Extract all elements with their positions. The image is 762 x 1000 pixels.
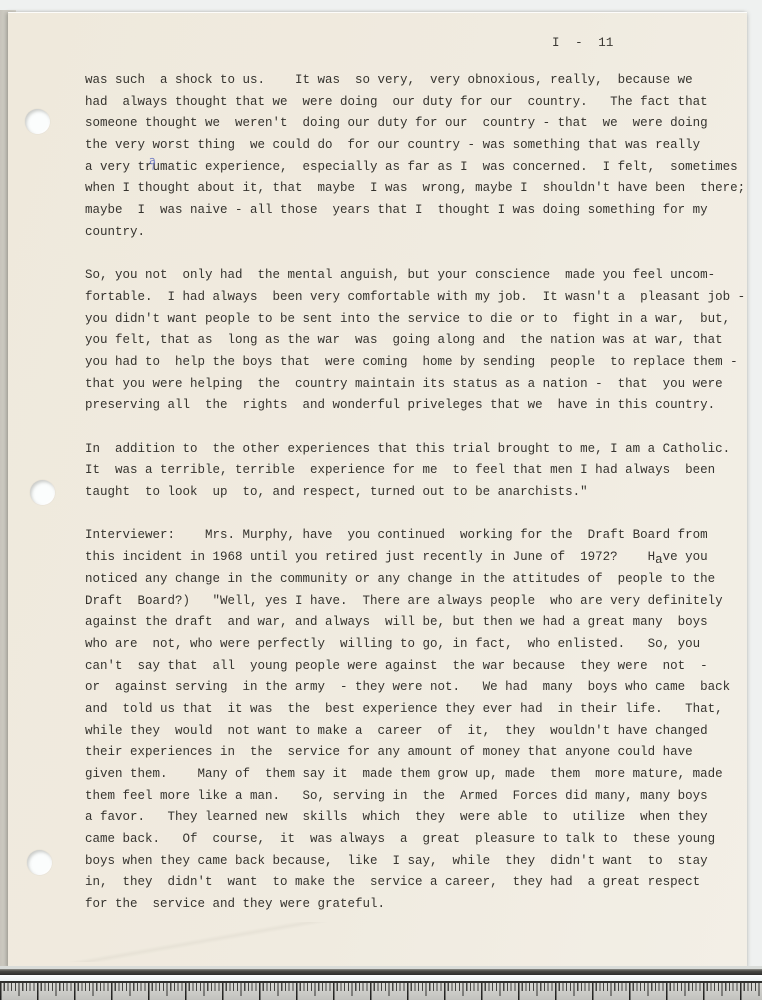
dropped-char: a <box>655 553 663 567</box>
measuring-ruler <box>0 966 762 1000</box>
text-line: them feel more like a man. So, serving i… <box>85 786 745 808</box>
text-line: a favor. They learned new skills which t… <box>85 807 745 829</box>
text-line: that you were helping the country mainta… <box>85 374 745 396</box>
text-line: had always thought that we were doing ou… <box>85 92 745 114</box>
text-line: boys when they came back because, like I… <box>85 851 745 873</box>
hole-punch <box>27 850 52 875</box>
ruler-mm-ticks <box>0 983 762 991</box>
paragraph: Interviewer: Mrs. Murphy, have you conti… <box>85 525 745 915</box>
page-number: I - 11 <box>552 36 614 50</box>
text-line: So, you not only had the mental anguish,… <box>85 265 745 287</box>
text-line: in, they didn't want to make the service… <box>85 872 745 894</box>
text-line: It was a terrible, terrible experience f… <box>85 460 745 482</box>
paragraph: In addition to the other experiences tha… <box>85 439 745 504</box>
text-line: when I thought about it, that maybe I wa… <box>85 178 745 200</box>
hole-punch <box>25 109 50 134</box>
text-line: Draft Board?) "Well, yes I have. There a… <box>85 591 745 613</box>
text-line: taught to look up to, and respect, turne… <box>85 482 745 504</box>
text-line: In addition to the other experiences tha… <box>85 439 745 461</box>
text-line: against the draft and war, and always wi… <box>85 612 745 634</box>
text-line: while they would not want to make a care… <box>85 721 745 743</box>
text-line: you had to help the boys that were comin… <box>85 352 745 374</box>
text-line: Interviewer: Mrs. Murphy, have you conti… <box>85 525 745 547</box>
text-line: country. <box>85 222 745 244</box>
hole-punch <box>30 480 55 505</box>
paragraph: So, you not only had the mental anguish,… <box>85 265 745 417</box>
text-line: their experiences in the service for any… <box>85 742 745 764</box>
text-line: the very worst thing we could do for our… <box>85 135 745 157</box>
text-line: a very traumatic experience, especially … <box>85 157 745 179</box>
text-line: you didn't want people to be sent into t… <box>85 309 745 331</box>
text-line: was such a shock to us. It was so very, … <box>85 70 745 92</box>
paragraph: was such a shock to us. It was so very, … <box>85 70 745 244</box>
scanned-document-page: I - 11 was such a shock to us. It was so… <box>0 0 762 1000</box>
text-line: came back. Of course, it was always a gr… <box>85 829 745 851</box>
ruler-scale <box>0 981 762 1000</box>
handwritten-a-icon: a <box>148 154 156 166</box>
text-line: fortable. I had always been very comfort… <box>85 287 745 309</box>
text-line: noticed any change in the community or a… <box>85 569 745 591</box>
text-line: someone thought we weren't doing our dut… <box>85 113 745 135</box>
text-line: this incident in 1968 until you retired … <box>85 547 745 569</box>
text-line: maybe I was naive - all those years that… <box>85 200 745 222</box>
text-line: can't say that all young people were aga… <box>85 656 745 678</box>
text-line: for the service and they were grateful. <box>85 894 745 916</box>
text-line: and told us that it was the best experie… <box>85 699 745 721</box>
text-line: who are not, who were perfectly willing … <box>85 634 745 656</box>
text-line: given them. Many of them say it made the… <box>85 764 745 786</box>
typewritten-text: was such a shock to us. It was so very, … <box>85 70 745 916</box>
text-line: or against serving in the army - they we… <box>85 677 745 699</box>
text-line: you felt, that as long as the war was go… <box>85 330 745 352</box>
text-line: preserving all the rights and wonderful … <box>85 395 745 417</box>
